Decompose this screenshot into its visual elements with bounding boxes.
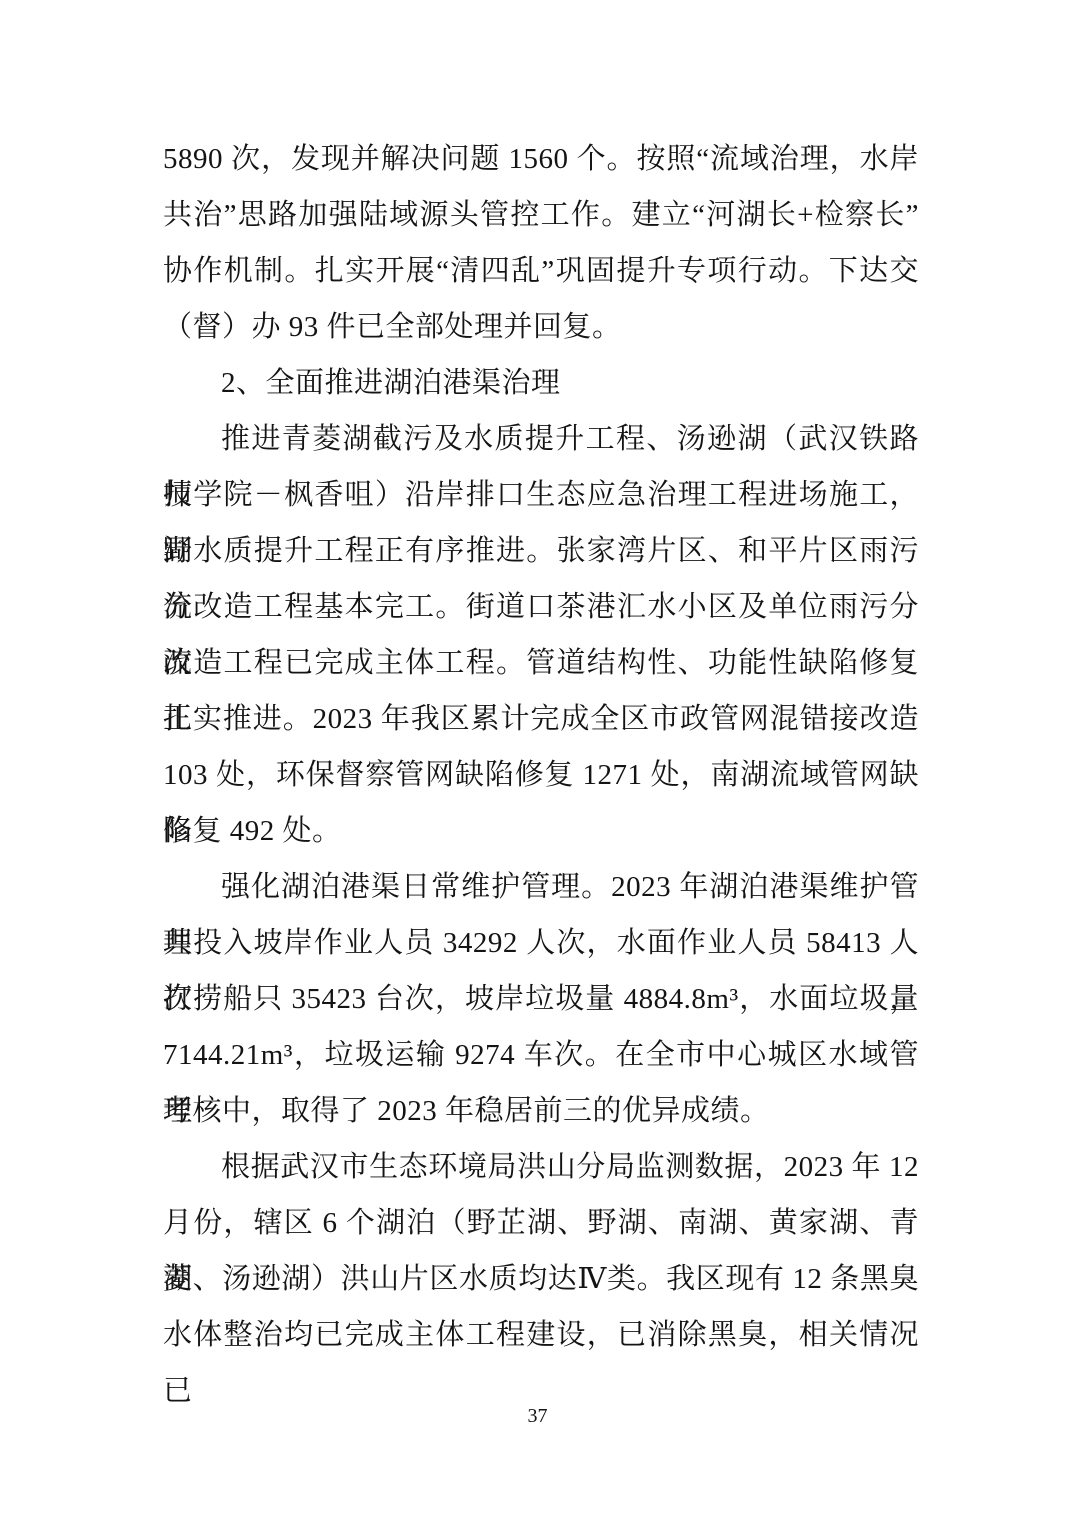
page-number: 37 xyxy=(0,1402,1075,1430)
text-line: 103 处，环保督察管网缺陷修复 1271 处，南湖流域管网缺陷 xyxy=(163,747,919,803)
section-heading: 2、全面推进湖泊港渠治理 xyxy=(163,355,919,411)
text-line: 5890 次，发现并解决问题 1560 个。按照“流域治理，水岸 xyxy=(163,131,919,187)
paragraph: 根据武汉市生态环境局洪山分局监测数据，2023 年 12 月份，辖区 6 个湖泊… xyxy=(163,1139,919,1363)
text-line: 打捞船只 35423 台次，坡岸垃圾量 4884.8m³，水面垃圾量 xyxy=(163,971,919,1027)
text-line: 根据武汉市生态环境局洪山分局监测数据，2023 年 12 xyxy=(163,1139,919,1195)
paragraph: 5890 次，发现并解决问题 1560 个。按照“流域治理，水岸 共治”思路加强… xyxy=(163,131,919,355)
text-line: 水体整治均已完成主体工程建设，已消除黑臭，相关情况已 xyxy=(163,1307,919,1363)
text-line: 修复 492 处。 xyxy=(163,803,919,859)
document-page: 5890 次，发现并解决问题 1560 个。按照“流域治理，水岸 共治”思路加强… xyxy=(0,0,1075,1520)
text-line: 7144.21m³，垃圾运输 9274 车次。在全市中心城区水域管理 xyxy=(163,1027,919,1083)
text-line: 月份，辖区 6 个湖泊（野芷湖、野湖、南湖、黄家湖、青菱 xyxy=(163,1195,919,1251)
text-line: 推进青菱湖截污及水质提升工程、汤逊湖（武汉铁路技 xyxy=(163,411,919,467)
text-line: 扎实推进。2023 年我区累计完成全区市政管网混错接改造 xyxy=(163,691,919,747)
text-line: 湖、汤逊湖）洪山片区水质均达Ⅳ类。我区现有 12 条黑臭 xyxy=(163,1251,919,1307)
paragraph: 推进青菱湖截污及水质提升工程、汤逊湖（武汉铁路技 师学院－枫香咀）沿岸排口生态应… xyxy=(163,411,919,859)
text-line: 考核中，取得了 2023 年稳居前三的优异成绩。 xyxy=(163,1083,919,1139)
text-line: 强化湖泊港渠日常维护管理。2023 年湖泊港渠维护管理 xyxy=(163,859,919,915)
text-line: 协作机制。扎实开展“清四乱”巩固提升专项行动。下达交 xyxy=(163,243,919,299)
text-line: 湖水质提升工程正有序推进。张家湾片区、和平片区雨污分 xyxy=(163,523,919,579)
text-line: 师学院－枫香咀）沿岸排口生态应急治理工程进场施工，野 xyxy=(163,467,919,523)
text-line: 流改造工程基本完工。街道口茶港汇水小区及单位雨污分流 xyxy=(163,579,919,635)
text-line: 改造工程已完成主体工程。管道结构性、功能性缺陷修复正 xyxy=(163,635,919,691)
text-line: 共治”思路加强陆域源头管控工作。建立“河湖长+检察长” xyxy=(163,187,919,243)
text-line: （督）办 93 件已全部处理并回复。 xyxy=(163,299,919,355)
paragraph: 强化湖泊港渠日常维护管理。2023 年湖泊港渠维护管理 共投入坡岸作业人员 34… xyxy=(163,859,919,1139)
paragraph: 2、全面推进湖泊港渠治理 xyxy=(163,355,919,411)
text-line: 共投入坡岸作业人员 34292 人次，水面作业人员 58413 人次， xyxy=(163,915,919,971)
document-body: 5890 次，发现并解决问题 1560 个。按照“流域治理，水岸 共治”思路加强… xyxy=(163,131,919,1363)
